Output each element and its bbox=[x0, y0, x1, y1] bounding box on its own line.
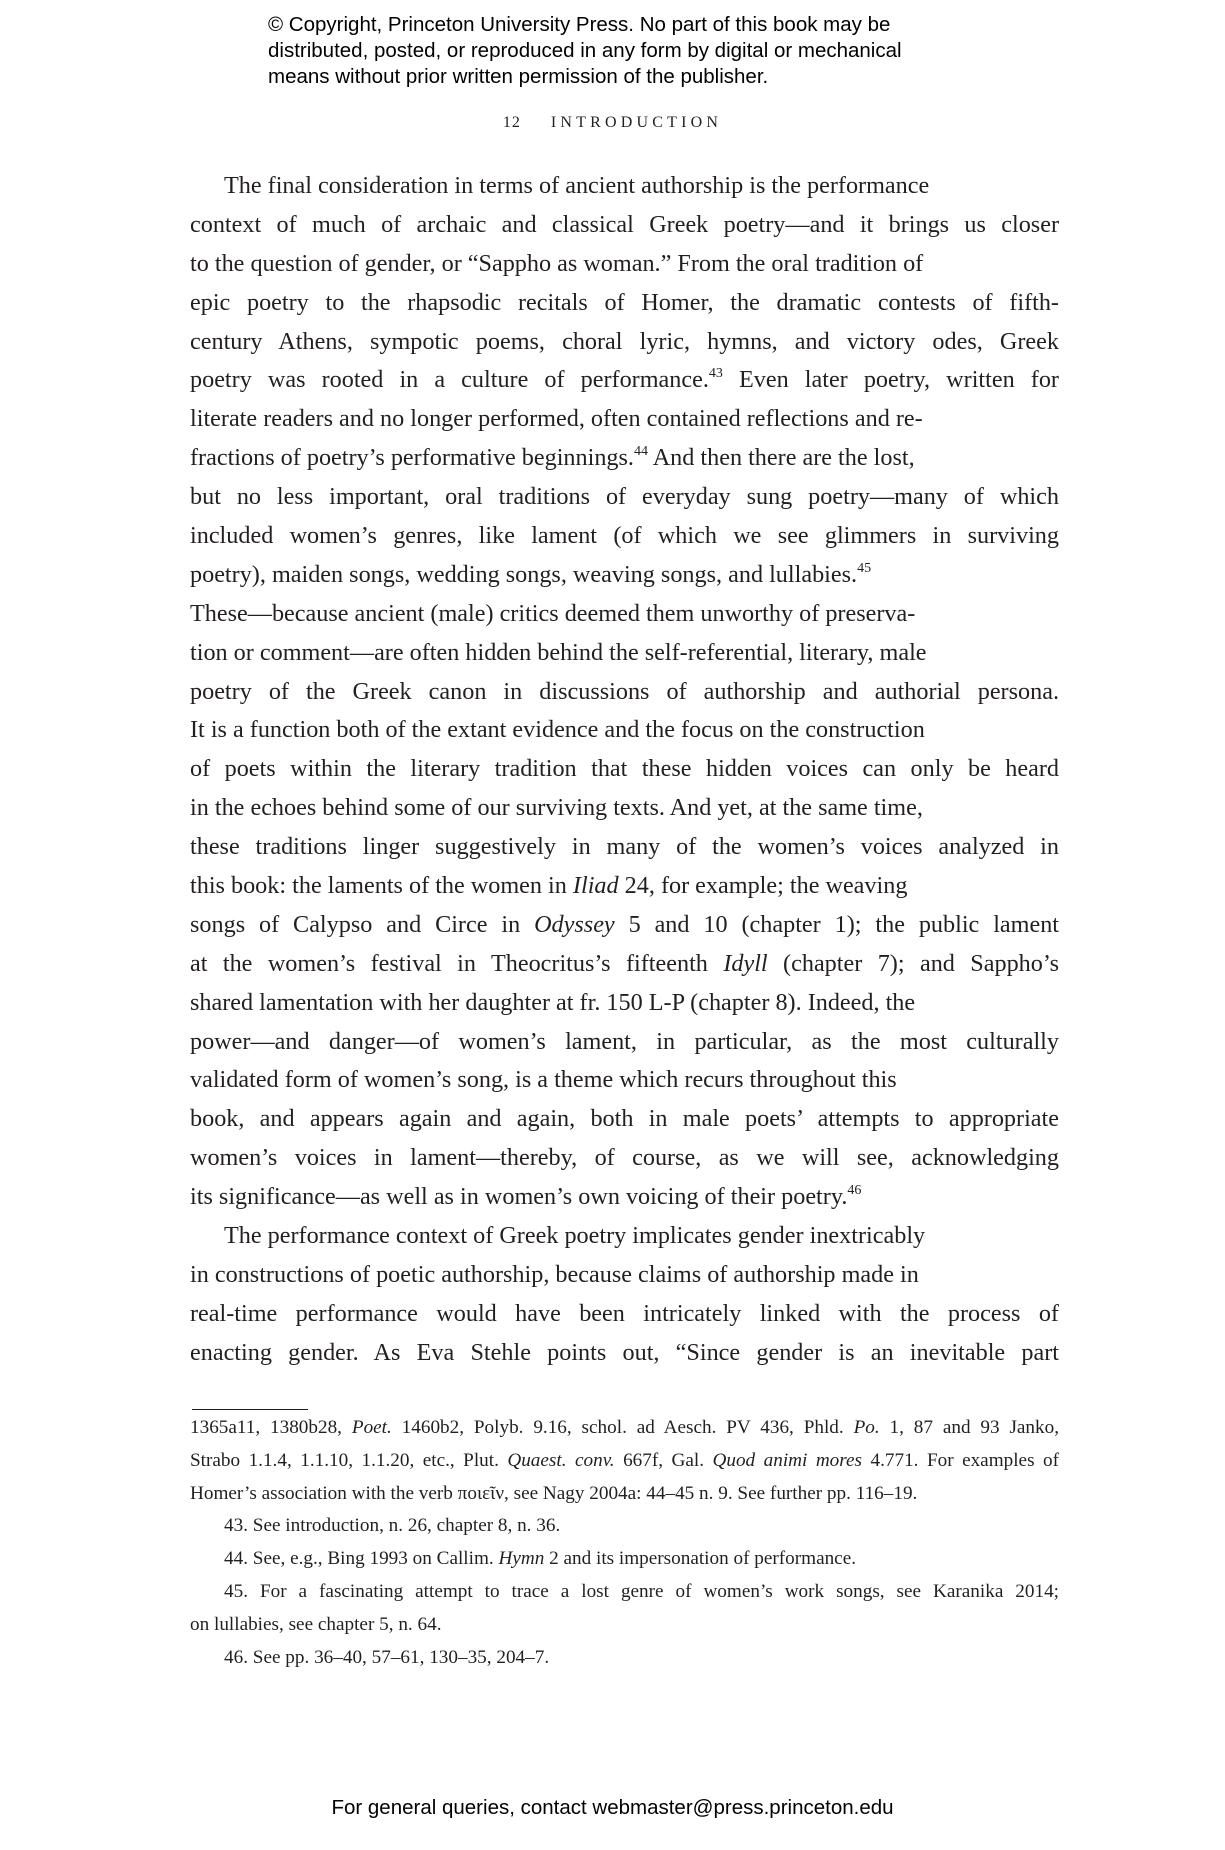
body-text-segment: 24, for example; the weaving bbox=[619, 872, 908, 899]
body-text-segment: poetry), maiden songs, wedding songs, we… bbox=[190, 561, 857, 588]
body-line: book, and appears again and again, both … bbox=[190, 1100, 1059, 1139]
footnote-segment: 2 and its impersonation of performance. bbox=[544, 1548, 856, 1569]
footnote-line: Homer’s association with the verb ποιεῖν… bbox=[190, 1478, 1059, 1511]
body-line: poetry), maiden songs, wedding songs, we… bbox=[190, 556, 1059, 595]
body-line: epic poetry to the rhapsodic recitals of… bbox=[190, 284, 1059, 323]
body-text-segment: (chapter 7); and Sappho’s bbox=[768, 950, 1059, 977]
body-text: The final consideration in terms of anci… bbox=[190, 167, 1059, 1373]
footnotes: 1365a11, 1380b28, Poet. 1460b2, Polyb. 9… bbox=[190, 1412, 1059, 1674]
work-title: Iliad bbox=[573, 872, 619, 899]
footnote-line: 1365a11, 1380b28, Poet. 1460b2, Polyb. 9… bbox=[190, 1412, 1059, 1445]
body-line: validated form of women’s song, is a the… bbox=[190, 1061, 1059, 1100]
footnote-46: 46. See pp. 36–40, 57–61, 130–35, 204–7. bbox=[190, 1642, 1059, 1675]
body-line: It is a function both of the extant evid… bbox=[190, 711, 1059, 750]
footnote-ref-45[interactable]: 45 bbox=[857, 561, 871, 576]
footnote-segment: 667f, Gal. bbox=[615, 1450, 713, 1471]
body-line: in constructions of poetic authorship, b… bbox=[190, 1256, 1059, 1295]
body-line: century Athens, sympotic poems, choral l… bbox=[190, 323, 1059, 362]
body-text-segment: at the women’s festival in Theocritus’s … bbox=[190, 950, 723, 977]
body-line: in the echoes behind some of our survivi… bbox=[190, 789, 1059, 828]
body-line: songs of Calypso and Circe in Odyssey 5 … bbox=[190, 906, 1059, 945]
body-line: tion or comment—are often hidden behind … bbox=[190, 634, 1059, 673]
page-number: 12 bbox=[503, 114, 521, 131]
footnote-ref-44[interactable]: 44 bbox=[634, 444, 648, 459]
work-title: Odyssey bbox=[534, 911, 615, 938]
body-line: The final consideration in terms of anci… bbox=[190, 167, 1059, 206]
footnote-44: 44. See, e.g., Bing 1993 on Callim. Hymn… bbox=[190, 1543, 1059, 1576]
body-line: literate readers and no longer performed… bbox=[190, 400, 1059, 439]
body-text-segment: this book: the laments of the women in bbox=[190, 872, 573, 899]
body-line: its significance—as well as in women’s o… bbox=[190, 1178, 1059, 1217]
body-text-segment: And then there are the lost, bbox=[648, 444, 915, 471]
body-line: The performance context of Greek poetry … bbox=[190, 1217, 1059, 1256]
work-title: Idyll bbox=[723, 950, 767, 977]
copyright-line: means without prior written permission o… bbox=[268, 64, 988, 90]
body-line: poetry was rooted in a culture of perfor… bbox=[190, 361, 1059, 400]
body-text-segment: its significance—as well as in women’s o… bbox=[190, 1183, 847, 1210]
running-header: 12 INTRODUCTION bbox=[0, 114, 1225, 132]
footnote-line: Strabo 1.1.4, 1.1.10, 1.1.20, etc., Plut… bbox=[190, 1445, 1059, 1478]
work-title: Poet. bbox=[352, 1417, 392, 1438]
body-line: but no less important, oral traditions o… bbox=[190, 478, 1059, 517]
footer-contact: For general queries, contact webmaster@p… bbox=[0, 1796, 1225, 1820]
work-title: Hymn bbox=[498, 1548, 544, 1569]
chapter-title: INTRODUCTION bbox=[551, 114, 722, 131]
footnote-45-cont: on lullabies, see chapter 5, n. 64. bbox=[190, 1609, 1059, 1642]
copyright-notice: © Copyright, Princeton University Press.… bbox=[268, 12, 988, 90]
body-line: this book: the laments of the women in I… bbox=[190, 867, 1059, 906]
footnote-ref-46[interactable]: 46 bbox=[847, 1183, 861, 1198]
body-line: to the question of gender, or “Sappho as… bbox=[190, 245, 1059, 284]
body-line: These—because ancient (male) critics dee… bbox=[190, 595, 1059, 634]
body-text-segment: Even later poetry, written for bbox=[723, 366, 1059, 393]
footnote-segment: Strabo 1.1.4, 1.1.10, 1.1.20, etc., Plut… bbox=[190, 1450, 507, 1471]
body-line: power—and danger—of women’s lament, in p… bbox=[190, 1023, 1059, 1062]
body-line: context of much of archaic and classical… bbox=[190, 206, 1059, 245]
work-title: Po. bbox=[854, 1417, 880, 1438]
body-line: women’s voices in lament—thereby, of cou… bbox=[190, 1139, 1059, 1178]
footnote-segment: 1, 87 and 93 Janko, bbox=[880, 1417, 1059, 1438]
work-title: Quod animi mores bbox=[713, 1450, 863, 1471]
footnote-43: 43. See introduction, n. 26, chapter 8, … bbox=[190, 1510, 1059, 1543]
footnote-segment: 1365a11, 1380b28, bbox=[190, 1417, 352, 1438]
copyright-line: distributed, posted, or reproduced in an… bbox=[268, 38, 988, 64]
work-title: Quaest. conv. bbox=[507, 1450, 614, 1471]
body-text-segment: fractions of poetry’s performative begin… bbox=[190, 444, 634, 471]
footnote-segment: 1460b2, Polyb. 9.16, schol. ad Aesch. PV… bbox=[392, 1417, 854, 1438]
footnote-ref-43[interactable]: 43 bbox=[709, 366, 723, 381]
body-line: shared lamentation with her daughter at … bbox=[190, 984, 1059, 1023]
body-text-segment: 5 and 10 (chapter 1); the public lament bbox=[615, 911, 1059, 938]
body-line: these traditions linger suggestively in … bbox=[190, 828, 1059, 867]
footnote-separator bbox=[192, 1409, 308, 1410]
footnote-segment: 4.771. For examples of bbox=[862, 1450, 1059, 1471]
body-line: enacting gender. As Eva Stehle points ou… bbox=[190, 1334, 1059, 1373]
footnote-segment: 44. See, e.g., Bing 1993 on Callim. bbox=[224, 1548, 498, 1569]
body-line: poetry of the Greek canon in discussions… bbox=[190, 673, 1059, 712]
body-text-segment: songs of Calypso and Circe in bbox=[190, 911, 534, 938]
body-line: included women’s genres, like lament (of… bbox=[190, 517, 1059, 556]
body-text-segment: poetry was rooted in a culture of perfor… bbox=[190, 366, 709, 393]
body-line: at the women’s festival in Theocritus’s … bbox=[190, 945, 1059, 984]
body-line: fractions of poetry’s performative begin… bbox=[190, 439, 1059, 478]
copyright-line: © Copyright, Princeton University Press.… bbox=[268, 12, 988, 38]
body-line: real-time performance would have been in… bbox=[190, 1295, 1059, 1334]
body-line: of poets within the literary tradition t… bbox=[190, 750, 1059, 789]
footnote-45: 45. For a fascinating attempt to trace a… bbox=[190, 1576, 1059, 1609]
